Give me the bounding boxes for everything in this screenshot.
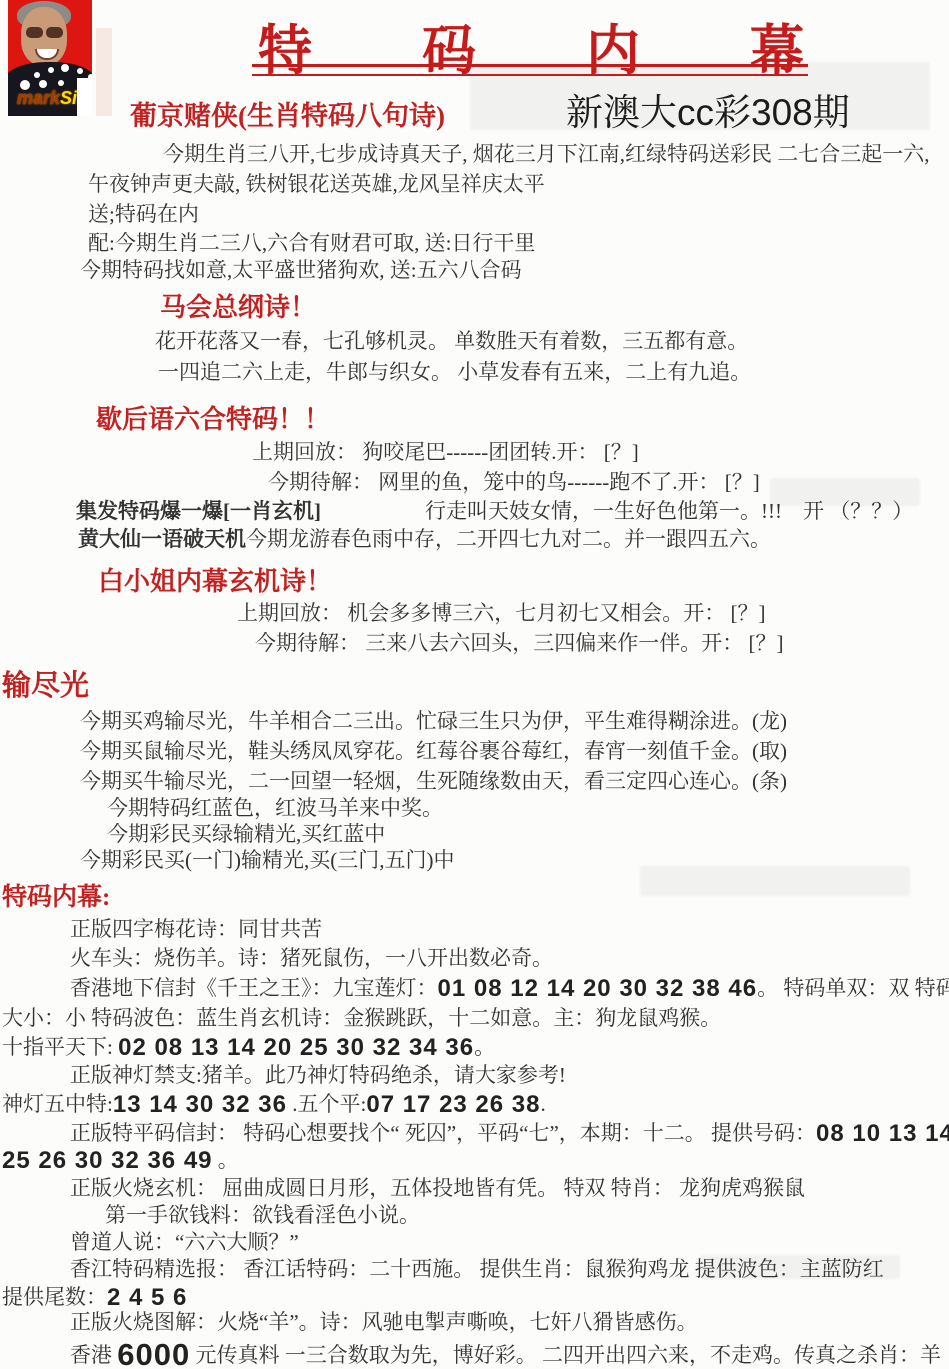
title-underline bbox=[252, 64, 808, 76]
text-line: 提供尾数：2 4 5 6 bbox=[2, 1284, 187, 1312]
text-segment: 正版特平码信封： 特码心想要找个“ 死囚”，平码“七”，本期：十二。 提供号码： bbox=[70, 1121, 816, 1145]
number-list: 07 17 23 26 38 bbox=[366, 1091, 540, 1118]
photo-watermark-si: Si bbox=[60, 88, 77, 108]
text-line: 今期待解： 三来八去六回头，三四偏来作一伴。开： [？] bbox=[255, 631, 783, 655]
text-line: 香江特码精选报： 香江话特码：二十西施。 提供生肖：鼠猴狗鸡龙 提供波色：主蓝防… bbox=[70, 1257, 884, 1281]
number-list: 25 26 30 32 36 49 bbox=[2, 1147, 213, 1174]
text-segment: 今期龙游春色雨中存，二开四七九对二。并一跟四五六。 bbox=[246, 527, 771, 551]
text-segment: 。 特码单双：双 特码 bbox=[757, 976, 949, 1000]
number-list: 02 08 13 14 20 25 30 32 34 36 bbox=[118, 1034, 474, 1061]
text-segment: 。 bbox=[213, 1148, 239, 1172]
text-line: 上期回放： 狗咬尾巴------团团转.开： [？] bbox=[252, 440, 639, 464]
poem-line: 一四追二六上走，牛郎与织女。 小草发春有五来，二上有九追。 bbox=[158, 360, 751, 384]
section-heading-neimu: 特码内幕: bbox=[2, 877, 110, 913]
poem-line: 花开花落又一春，七孔够机灵。 单数胜天有着数，三五都有意。 bbox=[155, 329, 748, 353]
text-segment: 提供尾数： bbox=[2, 1285, 107, 1309]
text-segment: .五个平: bbox=[287, 1092, 366, 1116]
text-segment: . bbox=[541, 1092, 546, 1116]
number-list: 2 4 5 6 bbox=[107, 1284, 187, 1311]
number-list: 08 10 13 14 bbox=[816, 1120, 949, 1147]
text-line: 大小：小 特码波色：蓝生肖玄机诗：金猴跳跃，十二如意。主：狗龙鼠鸡猴。 bbox=[2, 1006, 721, 1030]
text-line: 正版神灯禁支:猪羊。此乃神灯特码绝杀，请大家参考! bbox=[70, 1063, 566, 1087]
issue-label: 新澳大cc彩308期 bbox=[566, 82, 850, 136]
text-segment: 元传真料 一三合数取为先，博好彩。 二四开出四六来，不走鸡。传真之杀肖：羊 bbox=[190, 1343, 941, 1367]
poem-line: 送;特码在内 bbox=[88, 202, 199, 226]
text-line: 黄大仙一语破天机今期龙游春色雨中存，二开四七九对二。并一跟四五六。 bbox=[78, 527, 771, 551]
poem-line: 午夜钟声更夫敲, 铁树银花送英雄,龙风呈祥庆太平 bbox=[88, 172, 545, 196]
text-line: 十指平天下: 02 08 13 14 20 25 30 32 34 36。 bbox=[2, 1034, 495, 1062]
section-heading-shujinguang: 输尽光 bbox=[2, 663, 89, 704]
scanned-flyer: markSi 特 码 内 幕 葡京赌侠(生肖特码八句诗) 新澳大cc彩308期 … bbox=[0, 0, 949, 1369]
section-heading-mahui: 马会总纲诗！ bbox=[160, 287, 316, 324]
text-line: 正版火烧玄机： 屈曲成圆日月形，五体投地皆有凭。 特双 特肖： 龙狗虎鸡猴鼠 bbox=[70, 1176, 805, 1200]
text-segment: 香港地下信封《千王之王》：九宝莲灯： bbox=[70, 976, 438, 1000]
text-segment-bold: 黄大仙一语破天机 bbox=[78, 527, 246, 551]
text-line: 今期买鸡输尽光，牛羊相合二三出。忙碌三生只为伊，平生难得糊涂进。(龙) bbox=[80, 709, 787, 733]
text-segment: 。 bbox=[474, 1035, 495, 1059]
subtitle: 葡京赌侠(生肖特码八句诗) bbox=[130, 94, 445, 133]
photo-watermark: markSi bbox=[17, 88, 77, 109]
photo-of-man: markSi bbox=[8, 0, 92, 116]
text-line: 25 26 30 32 36 49 。 bbox=[2, 1147, 239, 1175]
photo-dots bbox=[34, 72, 40, 78]
text-line: 正版四字梅花诗：同甘共苦 bbox=[70, 917, 322, 941]
glasses-icon bbox=[26, 27, 43, 38]
text-line: 香港地下信封《千王之王》：九宝莲灯：01 08 12 14 20 30 32 3… bbox=[70, 975, 949, 1003]
scan-artifact bbox=[640, 866, 910, 896]
poem-line: 配:今期生肖二三八,六合有财君可取, 送:日行干里 bbox=[88, 231, 535, 255]
text-line: 今期买牛输尽光，二一回望一轻烟，生死随缘数由天，看三定四心连心。(条) bbox=[80, 769, 787, 793]
text-line: 火车头：烧伤羊。诗：猪死鼠伤，一八开出数必奇。 bbox=[70, 946, 553, 970]
poem-line: 今期特码找如意,太平盛世猪狗欢, 送:五六八合码 bbox=[80, 258, 522, 282]
text-line: 香港 6000 元传真料 一三合数取为先，博好彩。 二四开出四六来，不走鸡。传真… bbox=[70, 1337, 941, 1369]
text-line: 神灯五中特:13 14 30 32 36 .五个平:07 17 23 26 38… bbox=[2, 1091, 546, 1119]
text-line: 第一手欲钱料：欲钱看淫色小说。 bbox=[105, 1203, 420, 1227]
text-line: 今期买鼠输尽光，鞋头绣凤凤穿花。红莓谷裹谷莓红，春宵一刻值千金。(取) bbox=[80, 739, 787, 763]
number-list: 01 08 12 14 20 30 32 38 46 bbox=[438, 975, 758, 1002]
text-line: 行走叫天妓女情，一生好色他第一。!!! 开 （？？） bbox=[425, 499, 913, 523]
text-line: 今期待解： 网里的鱼，笼中的鸟------跑不了.开： [？] bbox=[268, 470, 760, 494]
text-line: 今期彩民买绿输精光,买红蓝中 bbox=[107, 822, 385, 846]
text-line: 曾道人说：“六六大顺？” bbox=[70, 1230, 299, 1254]
number-big: 6000 bbox=[117, 1337, 190, 1369]
photo-watermark-mark: mark bbox=[17, 88, 60, 108]
text-segment: 香港 bbox=[70, 1343, 117, 1367]
text-line: 今期彩民买(一门)输精光,买(三门,五门)中 bbox=[80, 848, 454, 872]
text-line-bold: 集发特码爆一爆[一肖玄机] bbox=[76, 499, 321, 523]
number-list: 13 14 30 32 36 bbox=[113, 1091, 287, 1118]
text-line: 正版火烧图解：火烧“羊”。诗：风驰电掣声嘶唤，七奸八猾皆感伤。 bbox=[70, 1310, 698, 1334]
poem-line: 今期生肖三八开,七步成诗真天子, 烟花三月下江南,红绿特码送彩民 二七合三起一六… bbox=[163, 142, 930, 166]
section-heading-baixiaojie: 白小姐内幕玄机诗！ bbox=[98, 561, 332, 598]
text-line: 上期回放： 机会多多博三六，七月初七又相会。开： [？] bbox=[237, 601, 765, 625]
photo-notch bbox=[77, 78, 92, 116]
text-segment: 神灯五中特: bbox=[2, 1092, 113, 1116]
text-segment: 十指平天下: bbox=[2, 1035, 118, 1059]
text-line: 今期特码红蓝色，红波马羊来中奖。 bbox=[107, 796, 443, 820]
section-heading-xiehouyu: 歇后语六合特码！！ bbox=[96, 399, 330, 436]
text-line: 正版特平码信封： 特码心想要找个“ 死囚”，平码“七”，本期：十二。 提供号码：… bbox=[70, 1120, 949, 1148]
scan-artifact bbox=[96, 28, 112, 116]
